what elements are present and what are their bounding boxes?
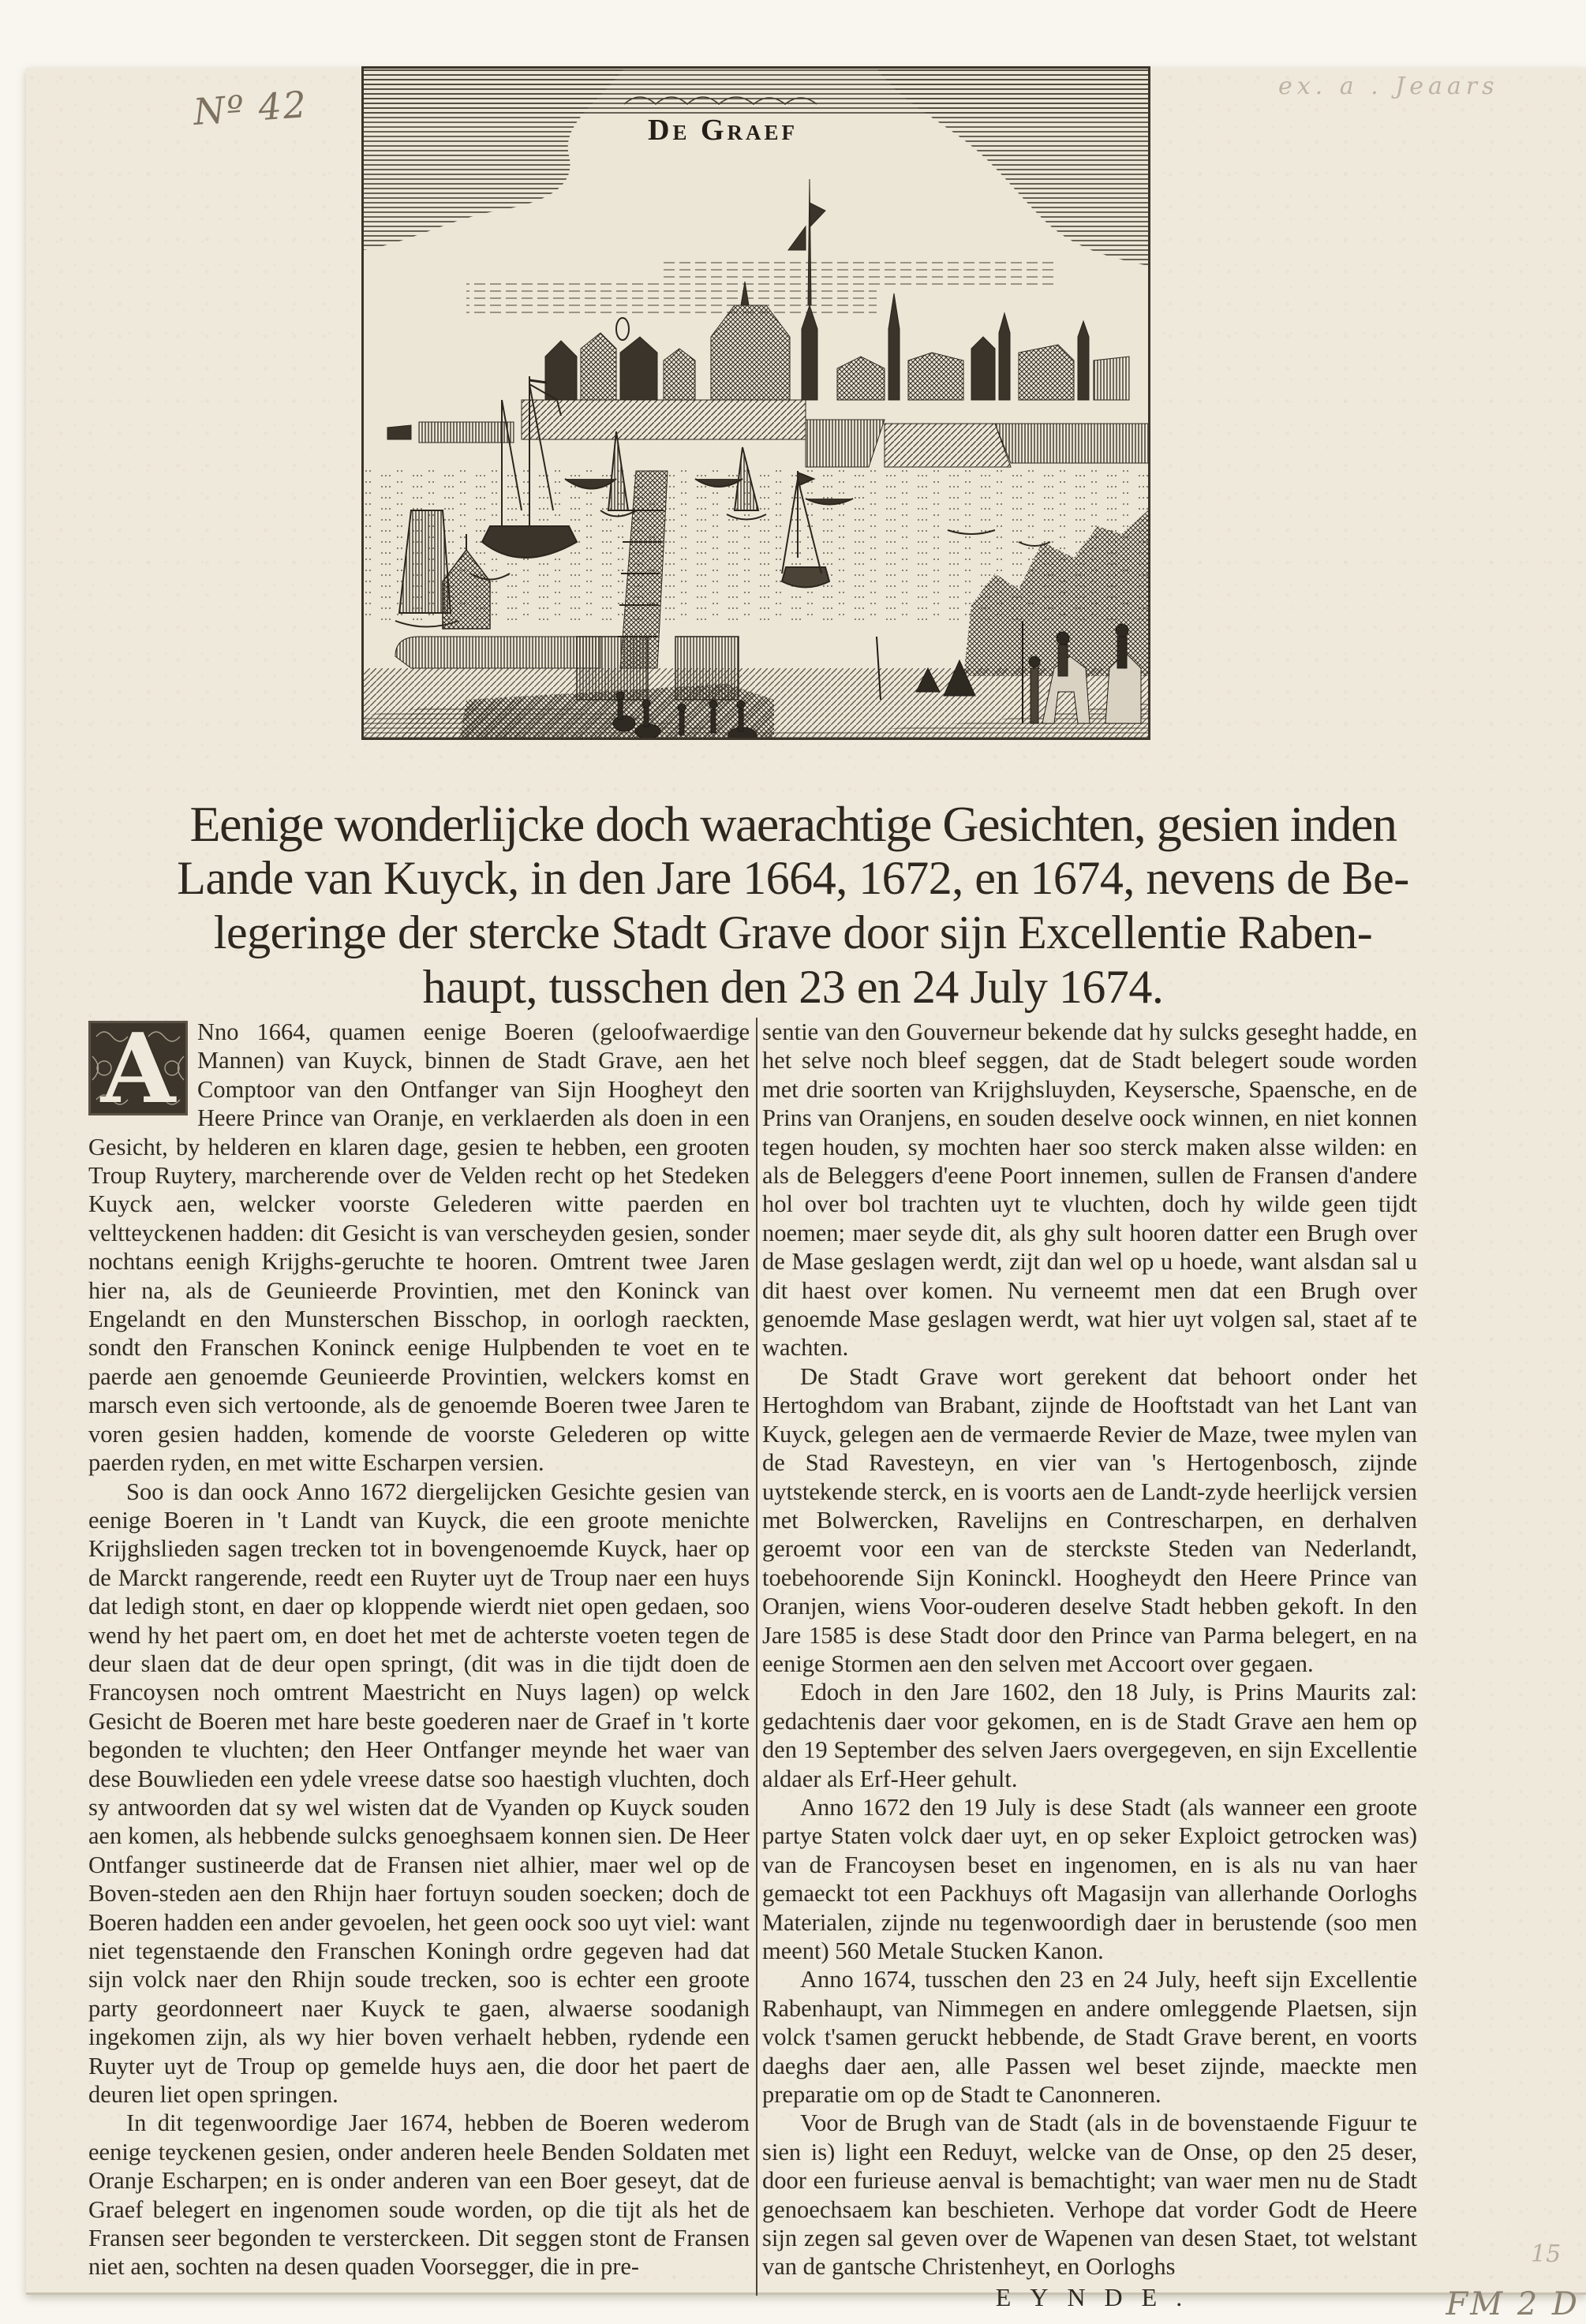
left-text-column: A Nno 1664, quamen eenige Boeren (geloof… <box>88 1018 750 2281</box>
decorated-initial: A <box>88 1021 188 1115</box>
city-view-illustration <box>364 69 1148 738</box>
engraving-view-of-grave: De Graef <box>361 66 1150 740</box>
faint-handwritten-note: ex. a . Jeaars <box>1278 73 1499 100</box>
paragraph-1602: Edoch in den Jare 1602, den 18 July, is … <box>762 1678 1417 1793</box>
handwritten-inventory-mark: FM 2 D <box>1446 2286 1580 2322</box>
title-line-2: Lande van Kuyck, in den Jare 1664, 1672,… <box>87 851 1499 906</box>
faint-side-mark: 15 <box>1531 2240 1561 2268</box>
engraving-title: De Graef <box>648 113 798 148</box>
paragraph-1674: In dit tegenwoordige Jaer 1674, hebben d… <box>88 2109 750 2281</box>
paragraph-1672: Soo is dan oock Anno 1672 diergelijcken … <box>88 1478 750 2109</box>
paragraph-1672-capture: Anno 1672 den 19 July is dese Stadt (als… <box>762 1793 1417 1965</box>
title-line-4: haupt, tusschen den 23 en 24 July 1674. <box>87 960 1499 1014</box>
handwritten-catalog-number: Nº 42 <box>192 83 309 133</box>
paragraph-city-description: De Stadt Grave wort gerekent dat behoort… <box>762 1362 1417 1678</box>
title-line-1: Eenige wonderlijcke doch waerachtige Ges… <box>87 797 1499 851</box>
paragraph-redoubt: Voor de Brugh van de Stadt (als in de bo… <box>762 2109 1417 2281</box>
right-text-column: sentie van den Gouverneur bekende dat hy… <box>762 1018 1417 2311</box>
column-divider <box>756 1018 757 2296</box>
document-title: Eenige wonderlijcke doch waerachtige Ges… <box>87 797 1499 1014</box>
dropcap-letter: A <box>88 1021 188 1115</box>
title-line-3: legeringe der stercke Stadt Grave door s… <box>87 906 1499 960</box>
paragraph-prophecy-continued: sentie van den Gouverneur bekende dat hy… <box>762 1018 1417 1362</box>
closing-eynde: EYNDE. <box>762 2283 1417 2311</box>
paragraph-1674-siege: Anno 1674, tusschen den 23 en 24 July, h… <box>762 1965 1417 2109</box>
